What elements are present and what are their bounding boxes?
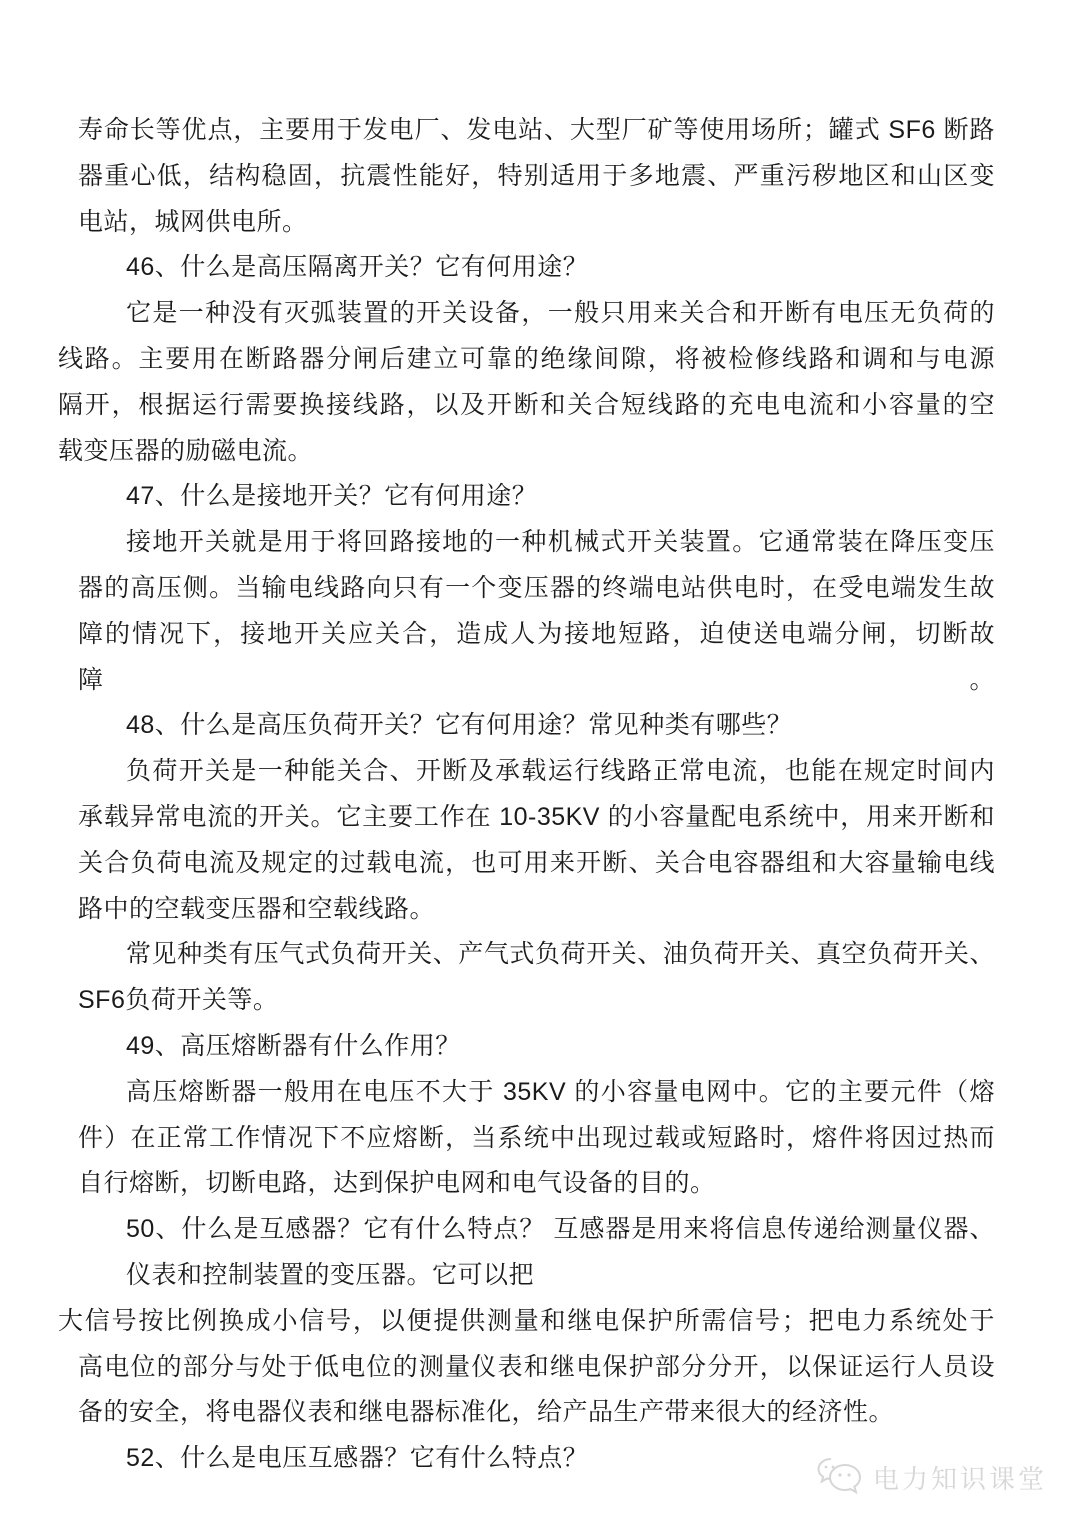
text-line: 备的安全，将电器仪表和继电器标准化，给产品生产带来很大的经济性。 [78,1390,995,1436]
text-line: 件）在正常工作情况下不应熔断，当系统中出现过载或短路时，熔件将因过热而 [78,1116,995,1162]
text-line: 仪表和控制装置的变压器。它可以把 [126,1253,995,1299]
text-line: 载变压器的励磁电流。 [58,429,995,475]
text-line: 高压熔断器一般用在电压不大于 35KV 的小容量电网中。它的主要元件（熔 [126,1070,995,1116]
text-line: 高电位的部分与处于低电位的测量仪表和继电保护部分分开，以保证运行人员设 [78,1345,995,1391]
text-line: 路中的空载变压器和空载线路。 [78,887,995,933]
text-line: 它是一种没有灭弧装置的开关设备，一般只用来关合和开断有电压无负荷的 [126,291,995,337]
text-line: 线路。主要用在断路器分闸后建立可靠的绝缘间隙，将被检修线路和调和与电源 [58,337,995,383]
watermark-label: 电力知识课堂 [873,1459,1047,1496]
text-line: 电站，城网供电所。 [78,200,995,246]
text-line: 关合负荷电流及规定的过载电流，也可用来开断、关合电容器组和大容量输电线 [78,841,995,887]
text-line: 障的情况下，接地开关应关合，造成人为接地短路，迫使送电端分闸，切断故障。 [78,612,995,704]
document-page: 寿命长等优点，主要用于发电厂、发电站、大型厂矿等使用场所；罐式 SF6 断路器重… [0,0,1080,1528]
text-line: 接地开关就是用于将回路接地的一种机械式开关装置。它通常装在降压变压 [126,520,995,566]
text-line: 器重心低，结构稳固，抗震性能好，特别适用于多地震、严重污秽地区和山区变 [78,154,995,200]
text-line: 50、什么是互感器？它有什么特点？ 互感器是用来将信息传递给测量仪器、 [126,1207,995,1253]
text-line: 寿命长等优点，主要用于发电厂、发电站、大型厂矿等使用场所；罐式 SF6 断路 [78,108,995,154]
watermark: 电力知识课堂 [815,1456,1047,1498]
text-line: 常见种类有压气式负荷开关、产气式负荷开关、油负荷开关、真空负荷开关、 [126,932,995,978]
wechat-logo-icon [815,1456,863,1498]
text-line: 46、什么是高压隔离开关？它有何用途？ [126,245,995,291]
document-body: 寿命长等优点，主要用于发电厂、发电站、大型厂矿等使用场所；罐式 SF6 断路器重… [0,0,1080,1482]
text-line: 49、高压熔断器有什么作用？ [126,1024,995,1070]
text-line: SF6负荷开关等。 [78,978,995,1024]
text-line: 隔开，根据运行需要换接线路，以及开断和关合短线路的充电电流和小容量的空 [58,383,995,429]
text-line: 大信号按比例换成小信号，以便提供测量和继电保护所需信号；把电力系统处于 [58,1299,995,1345]
text-line: 48、什么是高压负荷开关？它有何用途？常见种类有哪些？ [126,703,995,749]
text-line: 承载异常电流的开关。它主要工作在 10-35KV 的小容量配电系统中，用来开断和 [78,795,995,841]
text-line: 47、什么是接地开关？它有何用途？ [126,474,995,520]
text-line: 自行熔断，切断电路，达到保护电网和电气设备的目的。 [78,1161,995,1207]
text-line: 器的高压侧。当输电线路向只有一个变压器的终端电站供电时，在受电端发生故 [78,566,995,612]
text-line: 负荷开关是一种能关合、开断及承载运行线路正常电流，也能在规定时间内 [126,749,995,795]
